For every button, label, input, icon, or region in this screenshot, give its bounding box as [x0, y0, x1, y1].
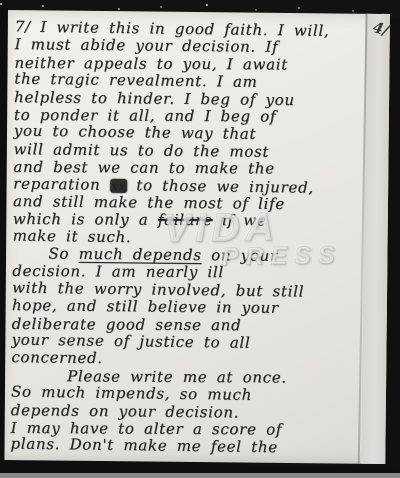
letter-text-segment: you to choose the way that — [14, 122, 257, 143]
letter-text-segment: So — [48, 245, 78, 263]
letter-text-segment: your sense of justice to all — [11, 331, 250, 352]
letter-body: 7/ I write this in good faith. I will,I … — [10, 19, 363, 457]
letter-text-segment: So much impends, so much — [11, 383, 252, 404]
letter-text-segment: much depends — [79, 245, 202, 264]
letter-page: 4/ 7/ I write this in good faith. I will… — [1, 10, 390, 464]
film-speckles — [0, 3, 2, 5]
letter-line: plans. Don't make me feel the — [10, 436, 358, 458]
letter-text-segment: plans. Don't make me feel the — [10, 435, 278, 457]
letter-photograph: 4/ 7/ I write this in good faith. I will… — [0, 0, 400, 478]
letter-text-segment: reparation — [13, 174, 110, 193]
letter-text-segment: to those we injured, — [127, 176, 314, 197]
letter-text-segment: make it such. — [13, 226, 132, 246]
letter-text-segment: with the worry involved, but still — [12, 278, 304, 300]
letter-text-segment: 7/ I write this in good faith. I will, — [15, 17, 330, 39]
letter-text-segment: failure — [158, 211, 213, 229]
photo-bottom-edge — [0, 473, 400, 478]
ink-blot: xx — [110, 178, 127, 192]
letter-text-segment: concerned. — [11, 348, 103, 367]
letter-text-segment: depends on your decision. — [11, 401, 240, 421]
letter-text-segment: if we — [213, 211, 267, 229]
letter-text-segment: the tragic revealment. I am — [14, 70, 258, 91]
